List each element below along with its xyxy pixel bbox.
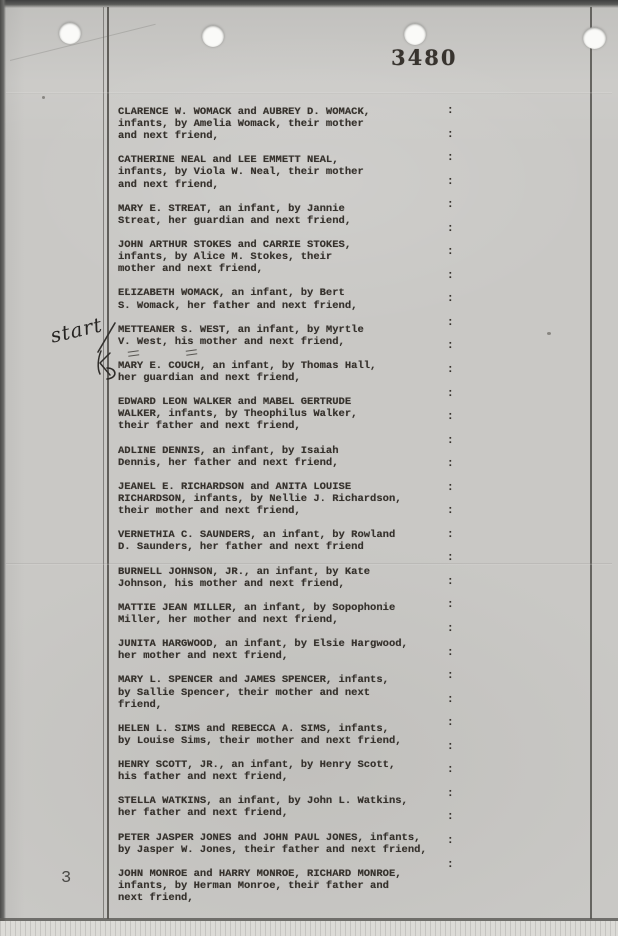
party-line: PETER JASPER JONES and JOHN PAUL JONES, …: [118, 832, 448, 844]
party-line: his father and next friend,: [118, 771, 448, 783]
caption-colon: :: [447, 292, 461, 316]
caption-colon: :: [447, 175, 461, 199]
caption-colon: :: [447, 222, 461, 246]
party-line: their mother and next friend,: [118, 505, 448, 517]
caption-colon: :: [447, 245, 461, 269]
party-entry: VERNETHIA C. SAUNDERS, an infant, by Row…: [118, 529, 448, 553]
handwritten-slash-mark: [96, 320, 118, 354]
punch-hole: [202, 25, 224, 47]
caption-colon: :: [447, 740, 461, 764]
caption-colon: :: [447, 481, 461, 505]
caption-colon: :: [447, 622, 461, 646]
party-line: MATTIE JEAN MILLER, an infant, by Sopoph…: [118, 602, 448, 614]
caption-colon: :: [447, 716, 461, 740]
party-line: friend,: [118, 699, 448, 711]
caption-colon: :: [447, 151, 461, 175]
party-entry: JOHN ARTHUR STOKES and CARRIE STOKES,inf…: [118, 239, 448, 275]
caption-colon: :: [447, 858, 461, 882]
party-line: JUNITA HARGWOOD, an infant, by Elsie Har…: [118, 638, 448, 650]
caption-colon: :: [447, 339, 461, 363]
party-line: D. Saunders, her father and next friend: [118, 541, 448, 553]
party-entry: ELIZABETH WOMACK, an infant, by BertS. W…: [118, 287, 448, 311]
party-entry: PETER JASPER JONES and JOHN PAUL JONES, …: [118, 832, 448, 856]
colon-column: :::::::::::::::::::::::::::::::::: [447, 104, 461, 881]
party-line: infants, by Alice M. Stokes, their: [118, 251, 448, 263]
party-line: Streat, her guardian and next friend,: [118, 215, 448, 227]
paper-speck: [42, 96, 45, 99]
party-line: infants, by Viola W. Neal, their mother: [118, 166, 448, 178]
caption-colon: :: [447, 669, 461, 693]
party-entry: BURNELL JOHNSON, JR., an infant, by Kate…: [118, 566, 448, 590]
party-line: JOHN MONROE and HARRY MONROE, RICHARD MO…: [118, 868, 448, 880]
party-entry: HELEN L. SIMS and REBECCA A. SIMS, infan…: [118, 723, 448, 747]
party-entry: CATHERINE NEAL and LEE EMMETT NEAL,infan…: [118, 154, 448, 190]
right-margin-rule: [590, 7, 592, 919]
party-line: next friend,: [118, 892, 448, 904]
caption-colon: :: [447, 810, 461, 834]
party-line: HENRY SCOTT, JR., an infant, by Henry Sc…: [118, 759, 448, 771]
party-entry: MARY L. SPENCER and JAMES SPENCER, infan…: [118, 674, 448, 710]
party-entry: MATTIE JEAN MILLER, an infant, by Sopoph…: [118, 602, 448, 626]
party-line: MARY L. SPENCER and JAMES SPENCER, infan…: [118, 674, 448, 686]
party-line: JOHN ARTHUR STOKES and CARRIE STOKES,: [118, 239, 448, 251]
party-entry: EDWARD LEON WALKER and MABEL GERTRUDEWAL…: [118, 396, 448, 432]
caption-colon: :: [447, 763, 461, 787]
party-line: her guardian and next friend,: [118, 372, 448, 384]
caption-colon: :: [447, 834, 461, 858]
party-line: RICHARDSON, infants, by Nellie J. Richar…: [118, 493, 448, 505]
caption-colon: :: [447, 434, 461, 458]
party-entry: MARY E. STREAT, an infant, by JannieStre…: [118, 203, 448, 227]
handwritten-bracket-mark: [104, 366, 120, 382]
party-line: their father and next friend,: [118, 420, 448, 432]
punch-hole: [404, 23, 426, 45]
party-line: MARY E. COUCH, an infant, by Thomas Hall…: [118, 360, 448, 372]
party-line: STELLA WATKINS, an infant, by John L. Wa…: [118, 795, 448, 807]
party-line: VERNETHIA C. SAUNDERS, an infant, by Row…: [118, 529, 448, 541]
party-line: ADLINE DENNIS, an infant, by Isaiah: [118, 445, 448, 457]
party-line: MARY E. STREAT, an infant, by Jannie: [118, 203, 448, 215]
caption-colon: :: [447, 128, 461, 152]
caption-colon: :: [447, 198, 461, 222]
party-entry: JOHN MONROE and HARRY MONROE, RICHARD MO…: [118, 868, 448, 904]
left-margin-rule-inner: [107, 7, 109, 919]
party-line: S. Womack, her father and next friend,: [118, 300, 448, 312]
party-line: infants, by Amelia Womack, their mother: [118, 118, 448, 130]
party-line: WALKER, infants, by Theophilus Walker,: [118, 408, 448, 420]
paper-crease: [6, 92, 612, 94]
paper-crease: [10, 24, 156, 61]
caption-colon: :: [447, 528, 461, 552]
scan-edge-left: [0, 0, 6, 936]
scanned-document-page: 3480 CLARENCE W. WOMACK and AUBREY D. WO…: [0, 0, 618, 936]
punch-hole: [583, 27, 606, 49]
party-entry: JEANEL E. RICHARDSON and ANITA LOUISERIC…: [118, 481, 448, 517]
caption-colon: :: [447, 104, 461, 128]
paper-speck: [314, 880, 319, 884]
party-line: V. West, his mother and next friend,: [118, 336, 448, 348]
party-line: BURNELL JOHNSON, JR., an infant, by Kate: [118, 566, 448, 578]
caption-colon: :: [447, 693, 461, 717]
party-entry: ADLINE DENNIS, an infant, by IsaiahDenni…: [118, 445, 448, 469]
caption-colon: :: [447, 457, 461, 481]
party-line: CATHERINE NEAL and LEE EMMETT NEAL,: [118, 154, 448, 166]
party-line: JEANEL E. RICHARDSON and ANITA LOUISE: [118, 481, 448, 493]
scan-edge-bottom-strip: [0, 921, 618, 936]
paper-speck: [126, 288, 129, 291]
party-entry: MARY E. COUCH, an infant, by Thomas Hall…: [118, 360, 448, 384]
party-line: by Sallie Spencer, their mother and next: [118, 687, 448, 699]
scan-edge-top: [0, 0, 618, 8]
party-line: her mother and next friend,: [118, 650, 448, 662]
page-number: 3: [61, 869, 71, 888]
party-line: and next friend,: [118, 130, 448, 142]
party-entry: HENRY SCOTT, JR., an infant, by Henry Sc…: [118, 759, 448, 783]
paper-speck: [547, 332, 551, 335]
party-line: HELEN L. SIMS and REBECCA A. SIMS, infan…: [118, 723, 448, 735]
parties-list: CLARENCE W. WOMACK and AUBREY D. WOMACK,…: [118, 106, 448, 916]
party-line: EDWARD LEON WALKER and MABEL GERTRUDE: [118, 396, 448, 408]
party-line: mother and next friend,: [118, 263, 448, 275]
caption-colon: :: [447, 551, 461, 575]
caption-colon: :: [447, 316, 461, 340]
party-entry: CLARENCE W. WOMACK and AUBREY D. WOMACK,…: [118, 106, 448, 142]
caption-colon: :: [447, 575, 461, 599]
punch-hole: [59, 22, 81, 44]
caption-colon: :: [447, 387, 461, 411]
party-line: by Jasper W. Jones, their father and nex…: [118, 844, 448, 856]
party-entry: METTEANER S. WEST, an infant, by MyrtleV…: [118, 324, 448, 348]
caption-colon: :: [447, 363, 461, 387]
left-margin-rule-outer: [103, 7, 104, 919]
caption-colon: :: [447, 504, 461, 528]
caption-colon: :: [447, 269, 461, 293]
caption-colon: :: [447, 646, 461, 670]
caption-colon: :: [447, 787, 461, 811]
party-line: CLARENCE W. WOMACK and AUBREY D. WOMACK,: [118, 106, 448, 118]
party-entry: JUNITA HARGWOOD, an infant, by Elsie Har…: [118, 638, 448, 662]
party-line: her father and next friend,: [118, 807, 448, 819]
party-line: ELIZABETH WOMACK, an infant, by Bert: [118, 287, 448, 299]
party-line: Dennis, her father and next friend,: [118, 457, 448, 469]
party-line: by Louise Sims, their mother and next fr…: [118, 735, 448, 747]
party-line: infants, by Herman Monroe, their father …: [118, 880, 448, 892]
party-line: and next friend,: [118, 179, 448, 191]
docket-number-stamp: 3480: [391, 45, 457, 70]
party-line: METTEANER S. WEST, an infant, by Myrtle: [118, 324, 448, 336]
caption-colon: :: [447, 410, 461, 434]
party-line: Johnson, his mother and next friend,: [118, 578, 448, 590]
caption-colon: :: [447, 598, 461, 622]
party-entry: STELLA WATKINS, an infant, by John L. Wa…: [118, 795, 448, 819]
party-line: Miller, her mother and next friend,: [118, 614, 448, 626]
